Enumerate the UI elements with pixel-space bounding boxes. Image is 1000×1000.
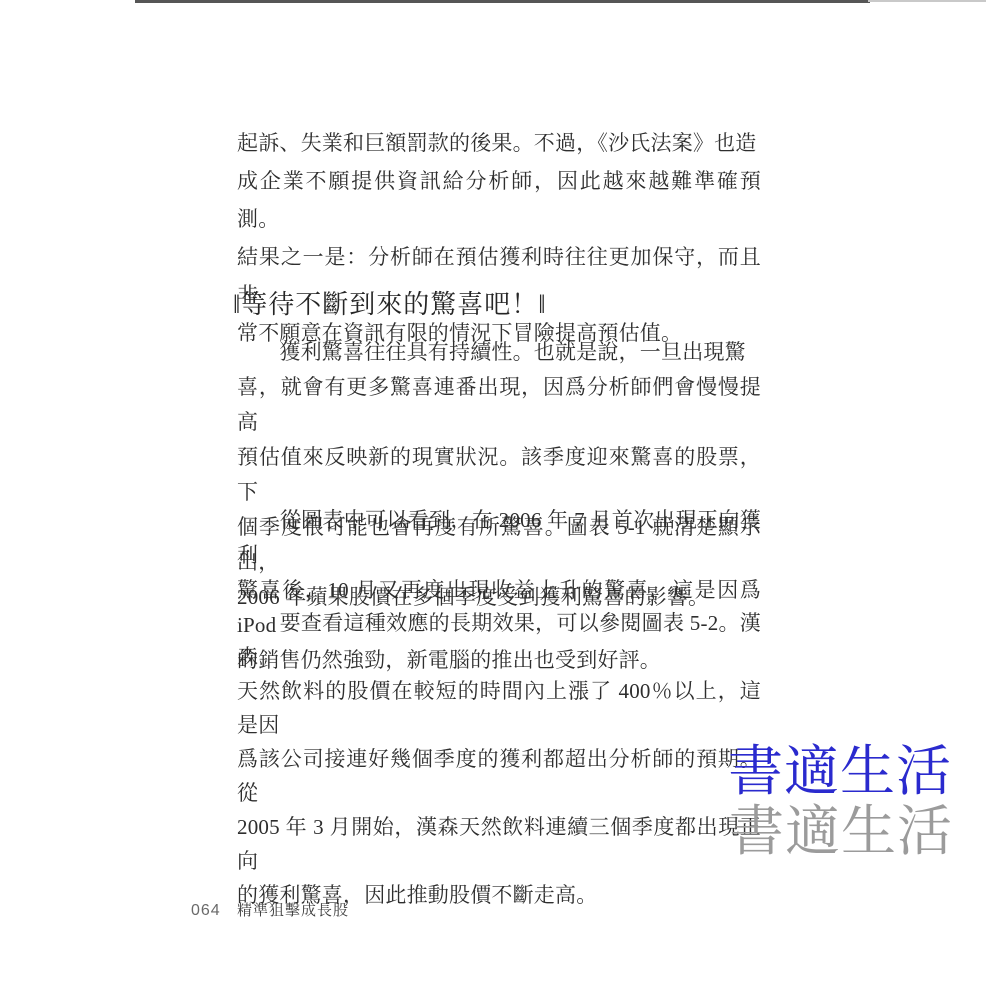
paragraph-4: 要查看這種效應的長期效果，可以參閱圖表 5-2。漢森 天然飲料的股價在較短的時間… xyxy=(237,606,761,912)
watermark-blue: 書適生活 xyxy=(728,742,952,802)
watermark-gray: 書適生活 xyxy=(729,802,953,862)
section-heading: ‖等待不斷到來的驚喜吧！‖ xyxy=(233,288,757,322)
footer-book-title: 精準狙擊成長股 xyxy=(237,901,349,921)
footer-page-number: 064 xyxy=(191,901,221,921)
book-page: 起訴、失業和巨額罰款的後果。不過，《沙氏法案》也造 成企業不願提供資訊給分析師，… xyxy=(0,0,1000,1000)
scan-artifact-line-light xyxy=(868,0,986,2)
scan-artifact-line-dark xyxy=(135,0,870,3)
